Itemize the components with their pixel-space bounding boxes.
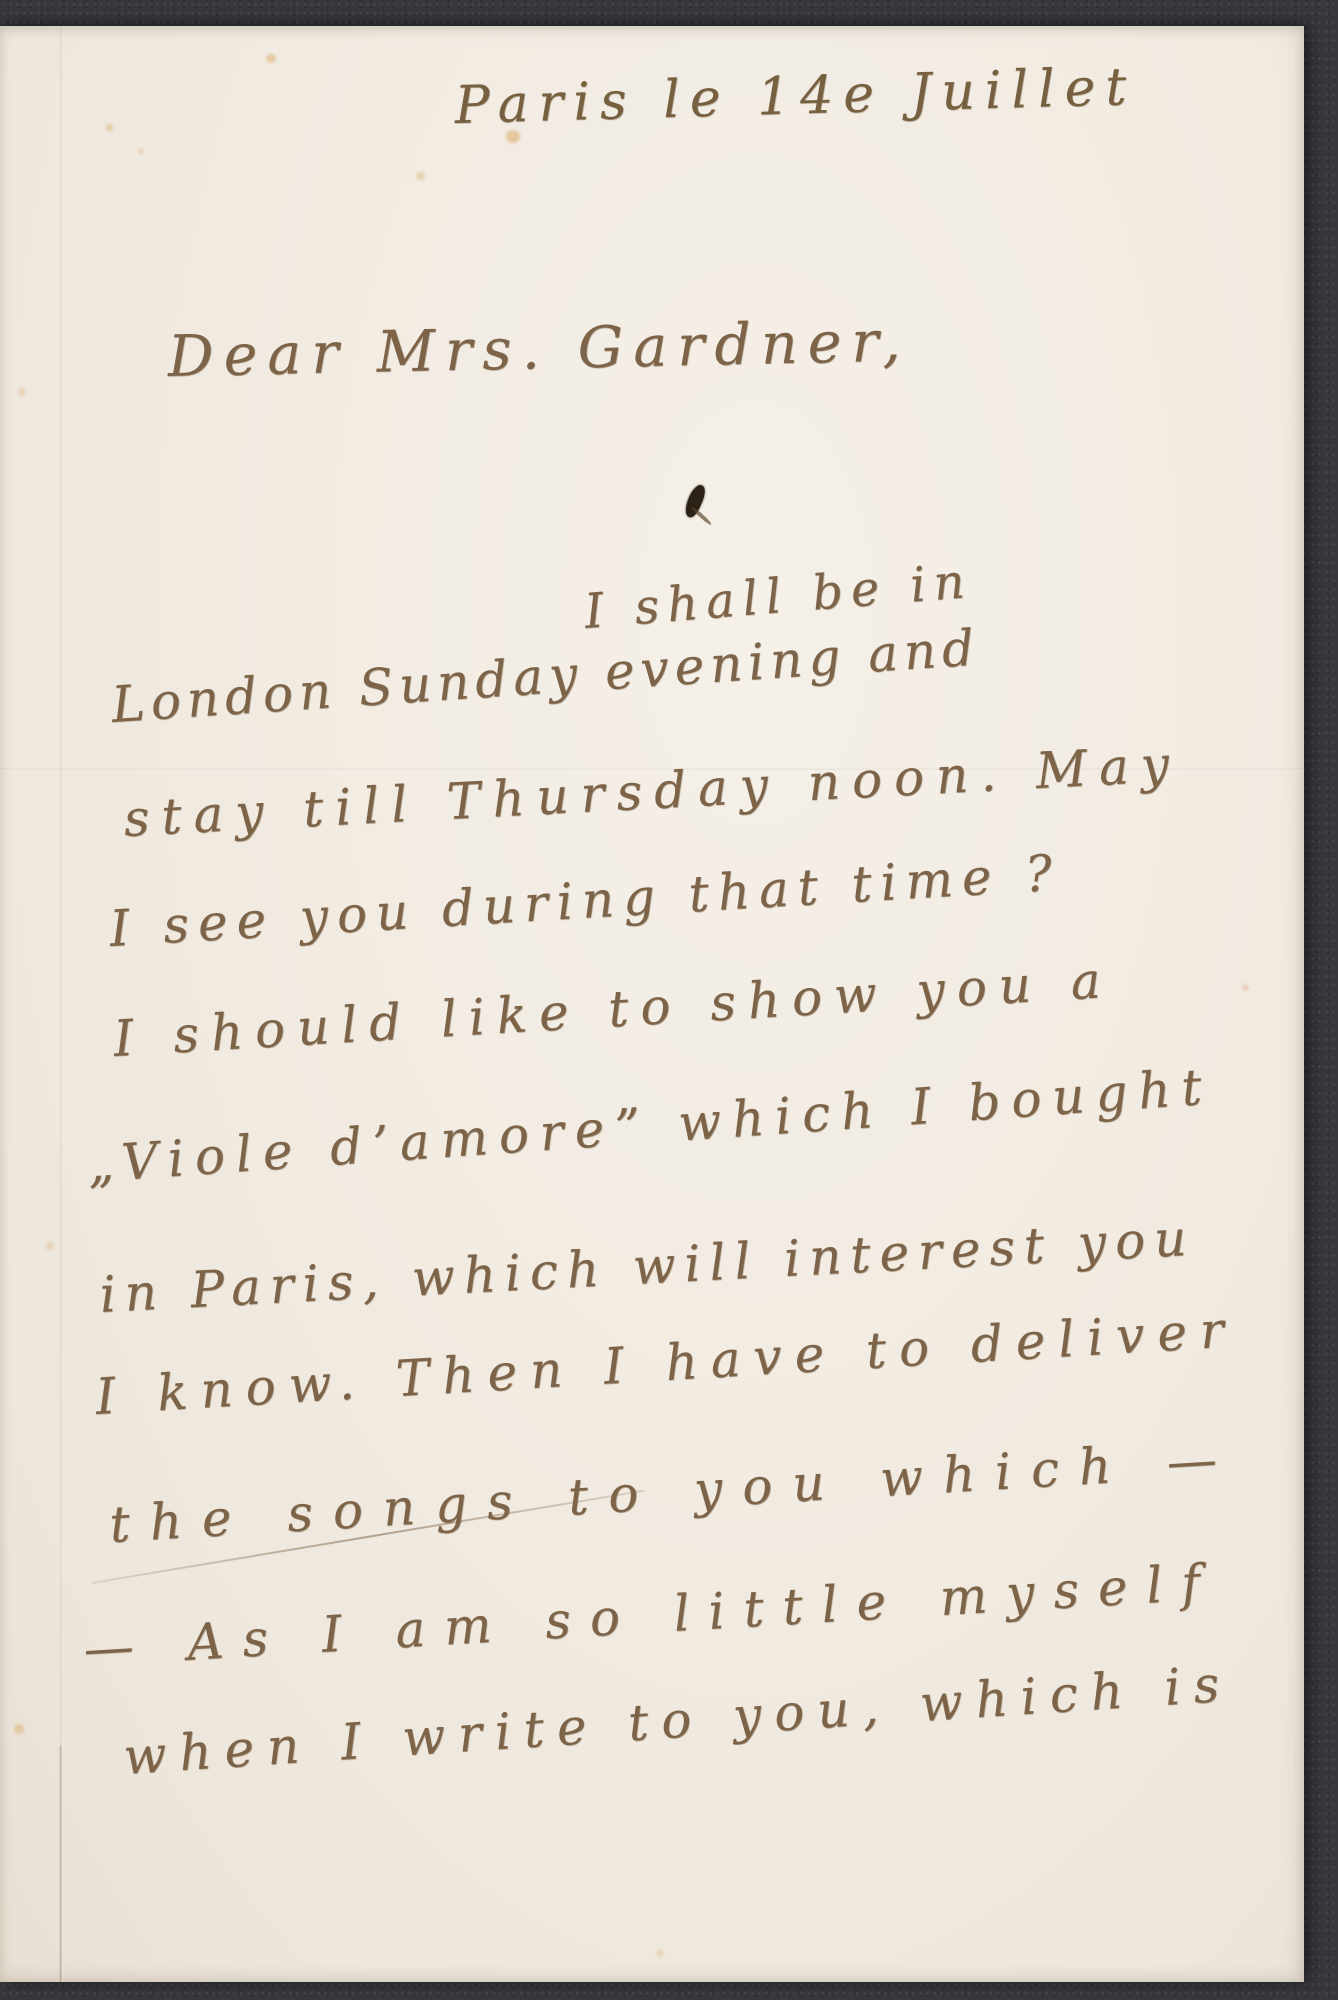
fold-crease-vertical — [60, 26, 63, 1982]
foxing-spot — [46, 1242, 54, 1250]
foxing-spot — [138, 148, 144, 154]
ink-blot — [682, 483, 709, 520]
foxing-spot — [14, 1724, 24, 1734]
letter-dateline: Paris le 14e Juillet — [454, 57, 1137, 136]
letter-body-line: the songs to you which — — [108, 1429, 1238, 1554]
photo-background: Paris le 14e Juillet Dear Mrs. Gardner, … — [0, 0, 1338, 2000]
letter-body-line: I should like to show you a — [112, 951, 1114, 1068]
letter-body-line: I know. Then I have to deliver — [94, 1300, 1238, 1426]
letter-salutation: Dear Mrs. Gardner, — [167, 308, 911, 390]
foxing-spot — [18, 388, 26, 396]
letter-page: Paris le 14e Juillet Dear Mrs. Gardner, … — [0, 26, 1304, 1982]
letter-body-line: when I write to you, which is — [122, 1654, 1234, 1785]
letter-body-line: I see you during that time ? — [108, 844, 1063, 958]
foxing-spot — [656, 1950, 664, 1957]
foxing-spot — [416, 172, 425, 180]
foxing-spot — [1242, 984, 1249, 991]
foxing-spot — [106, 124, 113, 131]
letter-body-line: stay till Thursday noon. May — [122, 735, 1182, 848]
letter-body-line: London Sunday evening and — [110, 618, 982, 734]
letter-body-line: in Paris, which will interest you — [98, 1209, 1196, 1324]
foxing-spot — [266, 54, 276, 63]
letter-body-line: „Viole d’amore” which I bought — [86, 1057, 1215, 1194]
letter-body-line: — As I am so little myself — [82, 1553, 1220, 1678]
fold-crease-vertical-lower — [59, 1746, 62, 1982]
